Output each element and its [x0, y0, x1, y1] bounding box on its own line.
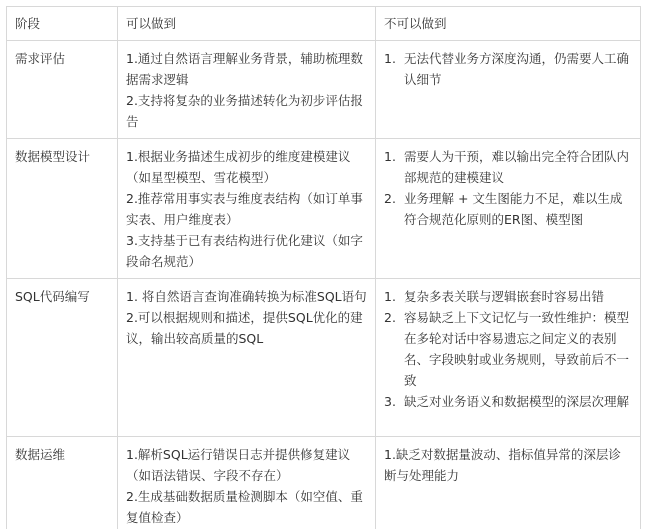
cannot-do-item: 1. 复杂多表关联与逻辑嵌套时容易出错	[404, 286, 632, 307]
cannot-do-item: 2. 容易缺乏上下文记忆与一致性维护：模型在多轮对话中容易遗忘之间定义的表别名、…	[404, 307, 632, 391]
can-do-item: 2.生成基础数据质量检测脚本（如空值、重复值检查）	[126, 486, 367, 528]
can-do-cell: 1.通过自然语言理解业务背景，辅助梳理数据需求逻辑 2.支持将复杂的业务描述转化…	[118, 41, 376, 139]
table-row: 数据模型设计 1.根据业务描述生成初步的维度建模建议（如星型模型、雪花模型） 2…	[7, 139, 641, 279]
item-number: 1.	[384, 286, 396, 307]
stage-cell: 数据运维	[7, 437, 118, 529]
ai-capability-table: 阶段 可以做到 不可以做到 需求评估 1.通过自然语言理解业务背景，辅助梳理数据…	[6, 6, 641, 529]
stage-cell: 需求评估	[7, 41, 118, 139]
can-do-item: 2.支持将复杂的业务描述转化为初步评估报告	[126, 90, 367, 132]
table-header-row: 阶段 可以做到 不可以做到	[7, 7, 641, 41]
header-can-do: 可以做到	[118, 7, 376, 41]
item-text: 业务理解 + 文生图能力不足，难以生成符合规范化原则的ER图、模型图	[404, 191, 622, 227]
can-do-item: 1. 将自然语言查询准确转换为标准SQL语句	[126, 286, 367, 307]
can-do-cell: 1. 将自然语言查询准确转换为标准SQL语句 2.可以根据规则和描述，提供SQL…	[118, 279, 376, 437]
cannot-do-list: 1. 需要人为干预，难以输出完全符合团队内部规范的建模建议 2. 业务理解 + …	[384, 146, 632, 230]
item-text: 无法代替业务方深度沟通，仍需要人工确认细节	[404, 51, 629, 87]
item-number: 3.	[384, 391, 396, 412]
item-number: 1.	[384, 48, 396, 69]
cannot-do-list: 1. 无法代替业务方深度沟通，仍需要人工确认细节	[384, 48, 632, 90]
cannot-do-cell: 1.缺乏对数据量波动、指标值异常的深层诊断与处理能力	[376, 437, 641, 529]
can-do-item: 1.根据业务描述生成初步的维度建模建议（如星型模型、雪花模型）	[126, 146, 367, 188]
table-row: 数据运维 1.解析SQL运行错误日志并提供修复建议（如语法错误、字段不存在） 2…	[7, 437, 641, 529]
stage-cell: 数据模型设计	[7, 139, 118, 279]
cannot-do-item: 3. 缺乏对业务语义和数据模型的深层次理解	[404, 391, 632, 412]
cannot-do-cell: 1. 复杂多表关联与逻辑嵌套时容易出错 2. 容易缺乏上下文记忆与一致性维护：模…	[376, 279, 641, 437]
table-row: SQL代码编写 1. 将自然语言查询准确转换为标准SQL语句 2.可以根据规则和…	[7, 279, 641, 437]
can-do-item: 2.可以根据规则和描述，提供SQL优化的建议，输出较高质量的SQL	[126, 307, 367, 349]
header-stage: 阶段	[7, 7, 118, 41]
cannot-do-item: 2. 业务理解 + 文生图能力不足，难以生成符合规范化原则的ER图、模型图	[404, 188, 632, 230]
item-number: 2.	[384, 307, 396, 328]
cannot-do-item: 1.缺乏对数据量波动、指标值异常的深层诊断与处理能力	[384, 444, 632, 486]
item-text: 容易缺乏上下文记忆与一致性维护：模型在多轮对话中容易遗忘之间定义的表别名、字段映…	[404, 310, 629, 388]
item-text: 复杂多表关联与逻辑嵌套时容易出错	[404, 289, 604, 304]
can-do-item: 1.解析SQL运行错误日志并提供修复建议（如语法错误、字段不存在）	[126, 444, 367, 486]
item-number: 1.	[384, 146, 396, 167]
cannot-do-cell: 1. 需要人为干预，难以输出完全符合团队内部规范的建模建议 2. 业务理解 + …	[376, 139, 641, 279]
stage-cell: SQL代码编写	[7, 279, 118, 437]
cannot-do-list: 1. 复杂多表关联与逻辑嵌套时容易出错 2. 容易缺乏上下文记忆与一致性维护：模…	[384, 286, 632, 412]
item-number: 2.	[384, 188, 396, 209]
can-do-item: 3.支持基于已有表结构进行优化建议（如字段命名规范）	[126, 230, 367, 272]
cannot-do-cell: 1. 无法代替业务方深度沟通，仍需要人工确认细节	[376, 41, 641, 139]
item-text: 需要人为干预，难以输出完全符合团队内部规范的建模建议	[404, 149, 629, 185]
table-row: 需求评估 1.通过自然语言理解业务背景，辅助梳理数据需求逻辑 2.支持将复杂的业…	[7, 41, 641, 139]
cannot-do-item: 1. 需要人为干预，难以输出完全符合团队内部规范的建模建议	[404, 146, 632, 188]
can-do-cell: 1.根据业务描述生成初步的维度建模建议（如星型模型、雪花模型） 2.推荐常用事实…	[118, 139, 376, 279]
item-text: 缺乏对业务语义和数据模型的深层次理解	[404, 394, 629, 409]
header-cannot-do: 不可以做到	[376, 7, 641, 41]
can-do-item: 1.通过自然语言理解业务背景，辅助梳理数据需求逻辑	[126, 48, 367, 90]
can-do-cell: 1.解析SQL运行错误日志并提供修复建议（如语法错误、字段不存在） 2.生成基础…	[118, 437, 376, 529]
cannot-do-item: 1. 无法代替业务方深度沟通，仍需要人工确认细节	[404, 48, 632, 90]
can-do-item: 2.推荐常用事实表与维度表结构（如订单事实表、用户维度表）	[126, 188, 367, 230]
